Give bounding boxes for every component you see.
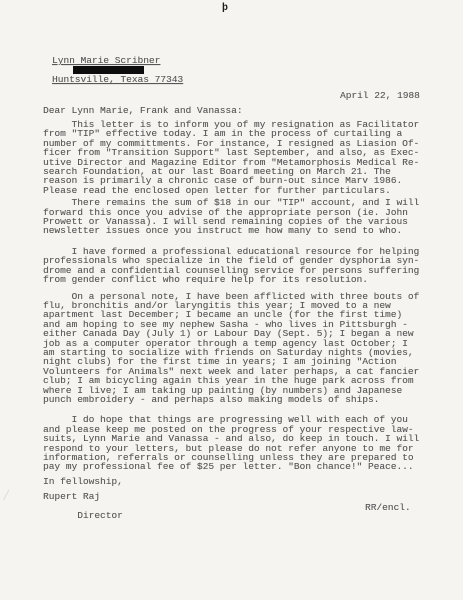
recipient-city-line: Huntsville, Texas 77343 (52, 75, 183, 84)
letter-date: April 22, 1988 (340, 91, 420, 100)
signature-row: Director RR/encl. (43, 502, 433, 540)
recipient-name: Lynn Marie Scribner (52, 56, 183, 65)
paragraph-tip-account: There remains the sum of $18 in our "TIP… (43, 198, 433, 236)
signature-name: Rupert Raj (43, 492, 433, 501)
salutation: Dear Lynn Marie, Frank and Vanassa: (43, 106, 243, 115)
paragraph-new-resource: I have formed a professional educational… (43, 247, 433, 285)
paragraph-keep-in-touch: I do hope that things are progressing we… (43, 415, 433, 471)
scan-artifact (3, 489, 21, 506)
scanned-letter-page: þ Lynn Marie Scribner Huntsville, Texas … (0, 0, 463, 600)
redaction-bar (73, 66, 144, 74)
paragraph-personal-note: On a personal note, I have been afflicte… (43, 292, 433, 405)
letter-body: This letter is to inform you of my resig… (43, 120, 433, 539)
reference-initials: RR/encl. (365, 503, 411, 512)
recipient-block: Lynn Marie Scribner Huntsville, Texas 77… (52, 56, 183, 85)
page-top-mark: þ (222, 4, 228, 14)
paragraph-resignation: This letter is to inform you of my resig… (43, 120, 433, 195)
closing-line: In fellowship, (43, 477, 433, 486)
signature-title: Director (77, 510, 123, 521)
